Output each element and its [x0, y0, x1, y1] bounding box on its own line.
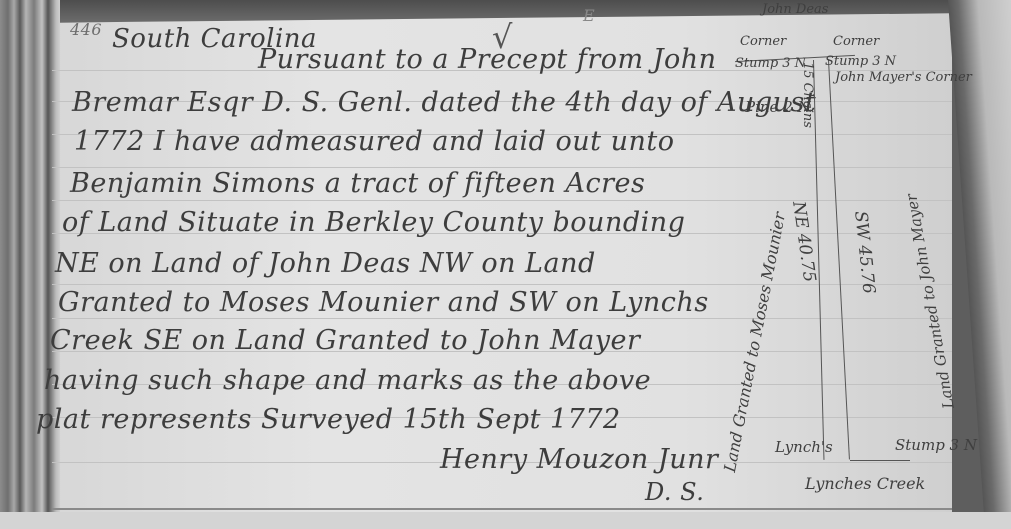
body-line: plat represents Surveyed 15th Sept 1772	[36, 404, 621, 435]
plat-label-top-right: John Mayer's Corner	[835, 70, 972, 85]
plat-label-creek: Lynches Creek	[805, 474, 925, 493]
surveyor-signature: Henry Mouzon Junr	[440, 444, 718, 475]
plat-label-corner-2: Corner	[833, 34, 879, 49]
body-line: NE on Land of John Deas NW on Land	[55, 248, 596, 279]
surveyor-title: D. S.	[645, 478, 704, 506]
body-line: having such shape and marks as the above	[44, 365, 651, 396]
body-line: Pursuant to a Precept from John	[258, 44, 717, 75]
book-spine	[0, 0, 60, 529]
body-line: of Land Situate in Berkley County boundi…	[62, 207, 685, 238]
bottom-page-edge	[0, 512, 1011, 529]
plat-label-top: John Deas	[762, 2, 828, 17]
ruled-line	[52, 318, 952, 319]
ruled-line	[52, 284, 952, 285]
body-line: Benjamin Simons a tract of fifteen Acres	[70, 168, 645, 199]
page-number: 446	[70, 20, 102, 39]
scanned-document: 446 South Carolina √ E Pursuant to a Pre…	[0, 0, 1011, 529]
plat-label-corner: Corner	[740, 34, 786, 49]
plat-label-stump-left: Stump 3 N	[735, 56, 806, 71]
body-line: Creek SE on Land Granted to John Mayer	[50, 325, 640, 356]
plat-boundary-line	[850, 460, 910, 461]
body-line: Granted to Moses Mounier and SW on Lynch…	[58, 287, 709, 318]
body-line: 1772 I have admeasured and laid out unto	[74, 126, 674, 157]
plat-label-bottom-left: Lynch's	[775, 438, 833, 456]
corner-mark: E	[583, 6, 595, 25]
body-line: Bremar Esqr D. S. Genl. dated the 4th da…	[72, 87, 816, 118]
bottom-rule	[52, 508, 952, 510]
plat-label-chains: 15 Chains	[800, 62, 815, 128]
plat-label-stump-right: Stump 3 N	[825, 54, 896, 69]
plat-label-bottom-right: Stump 3 N	[895, 436, 977, 454]
